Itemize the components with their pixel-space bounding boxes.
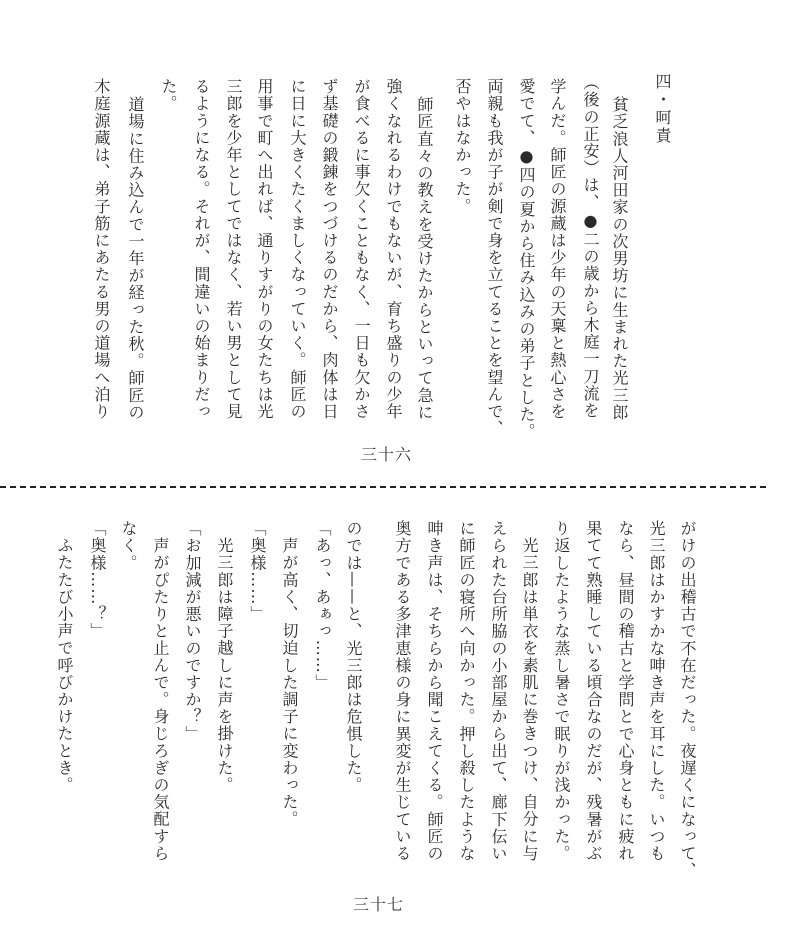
text-line: 愛でて、●四の夏から住み込みの弟子とした。 (518, 78, 534, 440)
text-line: 光三郎は障子越しに声を掛けた。 (216, 537, 232, 794)
text-line: 師匠直々の教えを受けたからといって急に (416, 96, 432, 421)
text-line: 道場に住み込んで一年が経った秋。師匠の (127, 96, 143, 421)
text-line: 用事で町へ出れば、通りすがりの女たちは光 (256, 78, 272, 420)
text-line: 果てて熟睡している頃合なのだが、残暑がぶ (585, 520, 601, 862)
text-line: 強くなれるわけでもないが、育ち盛りの少年 (385, 78, 401, 420)
text-line: 呻き声は、そちらから聞こえてくる。師匠の (426, 520, 442, 862)
page-36: 四・呵責 貧乏浪人河田家の次男坊に生まれた光三郎 （後の正安）は、●二の歳から木… (0, 0, 800, 485)
text-line: 奥方である多津恵様の身に異変が生じている (394, 520, 410, 862)
text-line: 声がぴたりと止んで。身じろぎの気配すら (152, 537, 168, 862)
text-line: 光三郎はかすかな呻き声を耳にした。いつも (648, 520, 664, 862)
dialogue-line: 「お加減が悪いのですか？」 (184, 520, 200, 742)
text-line: えられた台所脇の小部屋から出て、廊下伝い (490, 520, 506, 862)
text-line: 貧乏浪人河田家の次男坊に生まれた光三郎 (611, 96, 627, 421)
text-line: なく。 (120, 520, 136, 571)
text-line: 木庭源蔵は、弟子筋にあたる男の道場へ泊り (93, 78, 109, 420)
text-line: （後の正安）は、●二の歳から木庭一刀流を (582, 74, 598, 419)
text-line: 学んだ。師匠の源蔵は少年の天稟と熱心さを (549, 78, 565, 420)
text-line: り返したような蒸し暑さで眠りが浅かった。 (553, 520, 569, 862)
text-line: 声が高く、切迫した調子に変わった。 (281, 537, 297, 828)
text-line: のでは——と、光三郎は危惧した。 (345, 520, 361, 794)
page-37: がけの出稽古で不在だった。夜遅くになって、 光三郎はかすかな呻き声を耳にした。い… (0, 490, 800, 950)
text-line: た。 (160, 78, 176, 112)
dialogue-line: 「奥様……」 (249, 520, 265, 623)
text-line: 否やはなかった。 (454, 78, 470, 215)
text-line: が食べるに事欠くこともなく、一日も欠かさ (353, 78, 369, 420)
page-number: 三十七 (353, 892, 404, 915)
text-line: ず基礎の鍛錬をつづけるのだから、肉体は日 (321, 78, 337, 420)
text-line: 光三郎は単衣を素肌に巻きつけ、自分に与 (521, 537, 537, 862)
text-line: 両親も我が子が剣で身を立てることを望んで、 (486, 78, 502, 437)
chapter-title: 四・呵責 (654, 73, 670, 145)
text-line: なら、昼間の稽古と学問とで心身ともに疲れ (617, 520, 633, 862)
text-line: るようになる。それが、間違いの始まりだっ (193, 78, 209, 420)
page-separator (0, 486, 766, 488)
page-number: 三十六 (361, 442, 412, 465)
text-line: 三郎を少年としてではなく、若い男として見 (225, 78, 241, 420)
dialogue-line: 「奥様……？」 (89, 520, 105, 640)
text-line: ふたたび小声で呼びかけたとき。 (56, 537, 72, 794)
dialogue-line: 「あっ、あぁっ……」 (314, 520, 330, 691)
text-line: がけの出稽古で不在だった。夜遅くになって、 (679, 520, 695, 879)
text-line: に師匠の寝所へ向かった。押し殺したような (458, 520, 474, 862)
text-line: に日に大きくたくましくなっていく。師匠の (289, 78, 305, 420)
